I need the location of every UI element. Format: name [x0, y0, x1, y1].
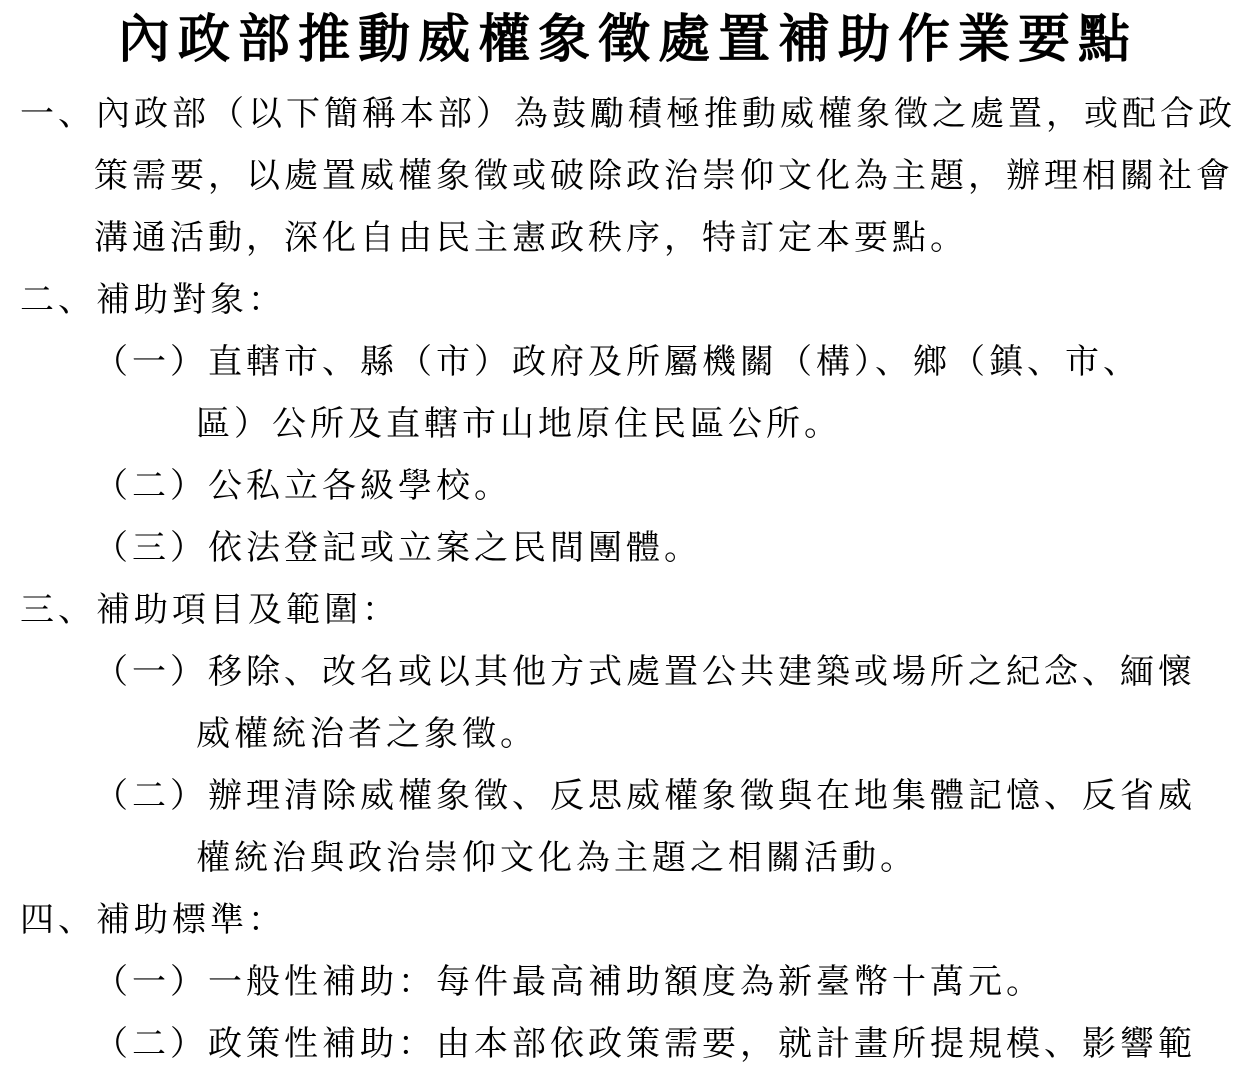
document-line: （一）直轄市、縣（市）政府及所屬機關（構）、鄉（鎮、市、	[0, 332, 1256, 394]
document-title: 內政部推動威權象徵處置補助作業要點	[0, 0, 1256, 82]
document-line: （三）依法登記或立案之民間團體。	[0, 518, 1256, 580]
document-line: 權統治與政治崇仰文化為主題之相關活動。	[0, 828, 1256, 890]
document-line: （一）一般性補助：每件最高補助額度為新臺幣十萬元。	[0, 952, 1256, 1014]
document-line: 四、補助標準：	[0, 890, 1256, 952]
document-line: 二、補助對象：	[0, 270, 1256, 332]
document-line: 一、內政部（以下簡稱本部）為鼓勵積極推動威權象徵之處置，或配合政	[0, 84, 1256, 146]
document-line: （二）政策性補助：由本部依政策需要，就計畫所提規模、影響範	[0, 1014, 1256, 1076]
document-line: 溝通活動，深化自由民主憲政秩序，特訂定本要點。	[0, 208, 1256, 270]
document-line: 威權統治者之象徵。	[0, 704, 1256, 766]
document-line: （一）移除、改名或以其他方式處置公共建築或場所之紀念、緬懷	[0, 642, 1256, 704]
document-line: 策需要，以處置威權象徵或破除政治崇仰文化為主題，辦理相關社會	[0, 146, 1256, 208]
document-line: （二）公私立各級學校。	[0, 456, 1256, 518]
document-line: 區）公所及直轄市山地原住民區公所。	[0, 394, 1256, 456]
document-line: 三、補助項目及範圍：	[0, 580, 1256, 642]
document-body: 一、內政部（以下簡稱本部）為鼓勵積極推動威權象徵之處置，或配合政策需要，以處置威…	[0, 82, 1256, 1076]
document-page: 內政部推動威權象徵處置補助作業要點 一、內政部（以下簡稱本部）為鼓勵積極推動威權…	[0, 0, 1256, 1080]
document-line: （二）辦理清除威權象徵、反思威權象徵與在地集體記憶、反省威	[0, 766, 1256, 828]
